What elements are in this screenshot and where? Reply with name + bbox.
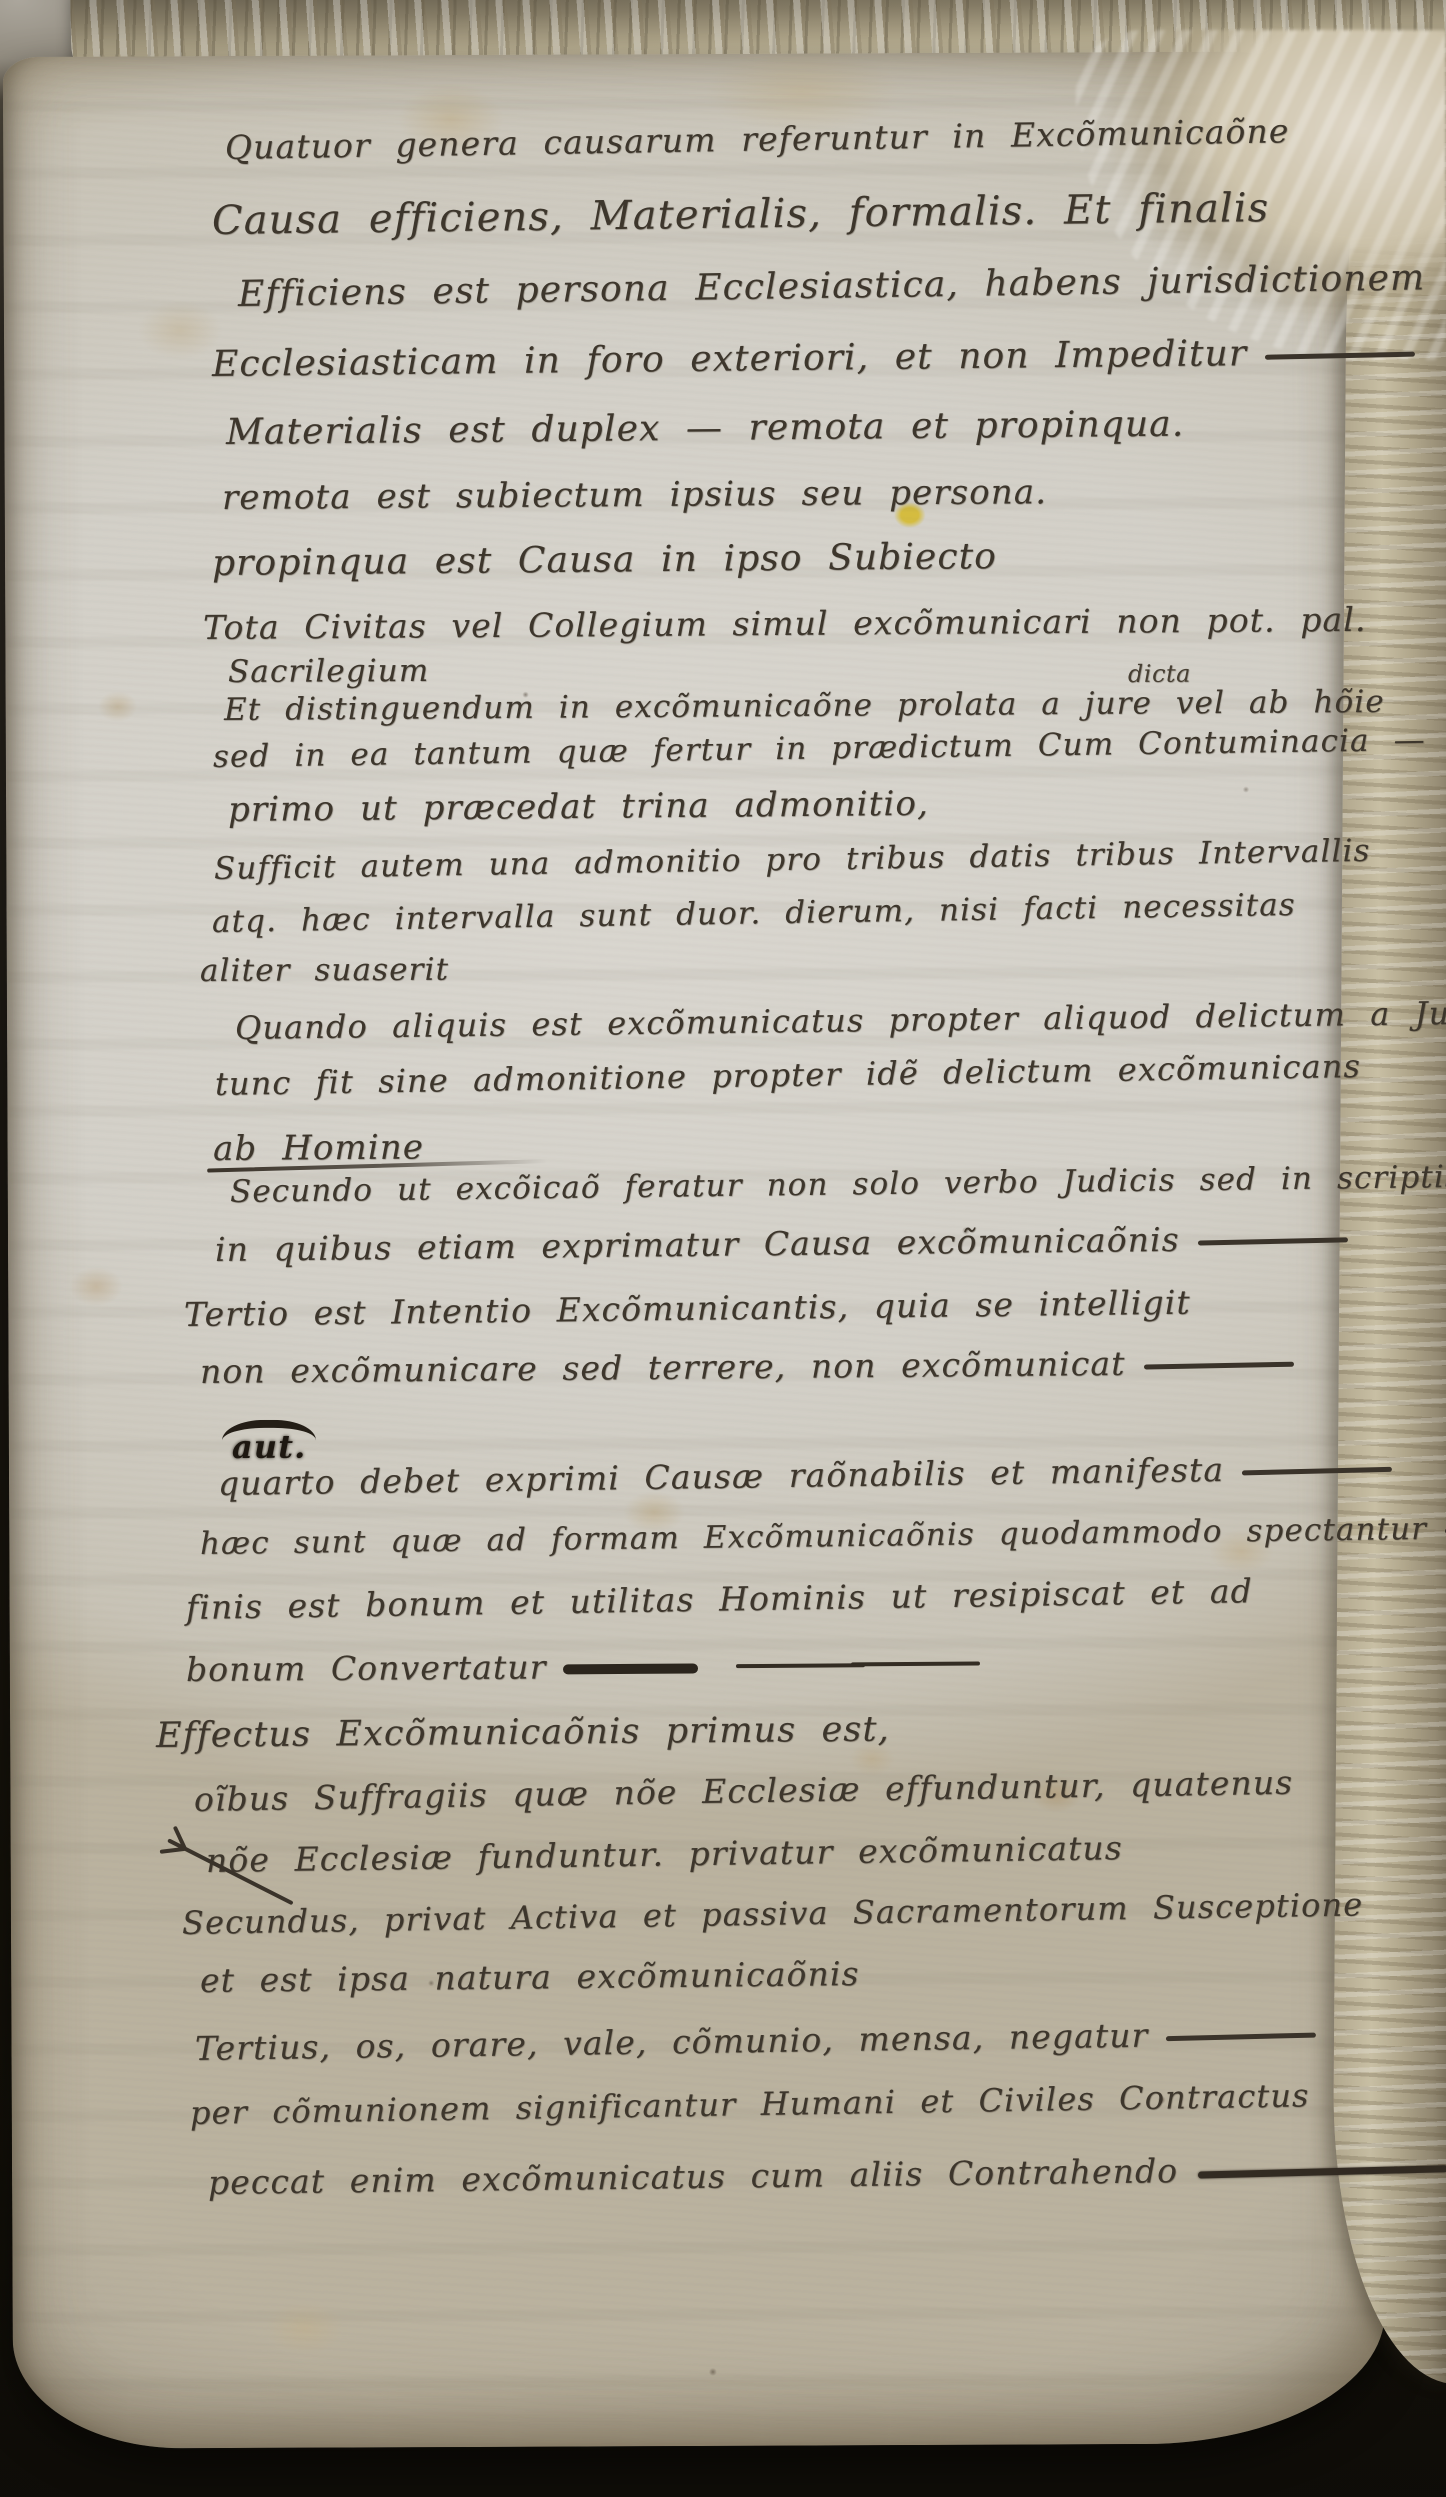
- handwriting-line: et est ipsa natura excõmunicaõnis: [200, 1954, 860, 2000]
- handwriting-line: Efficiens est persona Ecclesiastica, hab…: [238, 257, 1426, 315]
- handwriting-line: Sufficit autem una admonitio pro tribus …: [214, 833, 1371, 887]
- handwriting-line: remota est subiectum ipsius seu persona.: [222, 472, 1047, 518]
- handwriting-line: in quibus etiam exprimatur Causa excõmun…: [215, 1218, 1348, 1269]
- handwriting-line: bonum Convertatur: [186, 1646, 698, 1689]
- handwriting-line: ab Homine: [213, 1128, 424, 1169]
- handwriting-line: oĩbus Suffragiis quæ nõe Ecclesiæ effund…: [194, 1763, 1294, 1819]
- handwriting-line: aliter suaserit: [200, 952, 449, 989]
- handwriting-line: Tertio est Intentio Excõmunicantis, quia…: [184, 1283, 1191, 1334]
- handwriting-line: sed in ea tantum quæ fertur in prædictum…: [213, 722, 1426, 775]
- handwriting-line: Tertius, os, orare, vale, cõmunio, mensa…: [195, 2013, 1317, 2068]
- handwriting-line: Secundus, privat Activa et passiva Sacra…: [182, 1885, 1364, 1942]
- handwriting-line: Materialis est duplex — remota et propin…: [226, 404, 1185, 453]
- handwriting-line: Effectus Excõmunicaõnis primus est,: [156, 1710, 890, 1756]
- handwriting-line: Et distinguendum in excõmunicaõne prolat…: [224, 684, 1385, 728]
- handwriting-line: Ecclesiasticam in foro exteriori, et non…: [212, 331, 1416, 385]
- handwriting-line: nõe Ecclesiæ funduntur. privatur excõmun…: [206, 1828, 1123, 1880]
- handwriting-line: Quatuor genera causarum referuntur in Ex…: [225, 111, 1290, 167]
- handwriting-line: quarto debet exprimi Causæ raõnabilis et…: [218, 1448, 1393, 1503]
- handwriting-line: Sacrilegium: [228, 653, 429, 690]
- handwriting-line: aut.: [222, 1420, 316, 1466]
- handwriting-line: tunc fit sine admonitione propter idẽ de…: [215, 1047, 1362, 1103]
- handwriting-line: propinqua est Causa in ipso Subiecto: [212, 536, 997, 584]
- handwriting-line: atq. hæc intervalla sunt duor. dierum, n…: [212, 887, 1296, 940]
- handwriting-line: Causa efficiens, Materialis, formalis. E…: [212, 185, 1270, 244]
- handwriting-line: Tota Civitas vel Collegium simul excõmun…: [203, 600, 1367, 647]
- handwriting-line: non excõmunicare sed terrere, non excõmu…: [200, 1342, 1294, 1391]
- handwriting-line: dicta: [1128, 660, 1191, 688]
- handwriting-line: finis est bonum et utilitas Hominis ut r…: [186, 1571, 1253, 1627]
- handwriting-line: peccat enim excõmunicatus cum aliis Cont…: [208, 2148, 1446, 2202]
- manuscript-photo: Quatuor genera causarum referuntur in Ex…: [0, 0, 1446, 2497]
- handwriting-layer: Quatuor genera causarum referuntur in Ex…: [0, 0, 1446, 2497]
- handwriting-line: Quando aliquis est excõmunicatus propter…: [235, 994, 1446, 1047]
- handwriting-line: per cõmunionem significantur Humani et C…: [190, 2076, 1310, 2132]
- handwriting-line: hæc sunt quæ ad formam Excõmunicaõnis qu…: [200, 1509, 1446, 1562]
- handwriting-line: primo ut præcedat trina admonitio,: [228, 784, 929, 830]
